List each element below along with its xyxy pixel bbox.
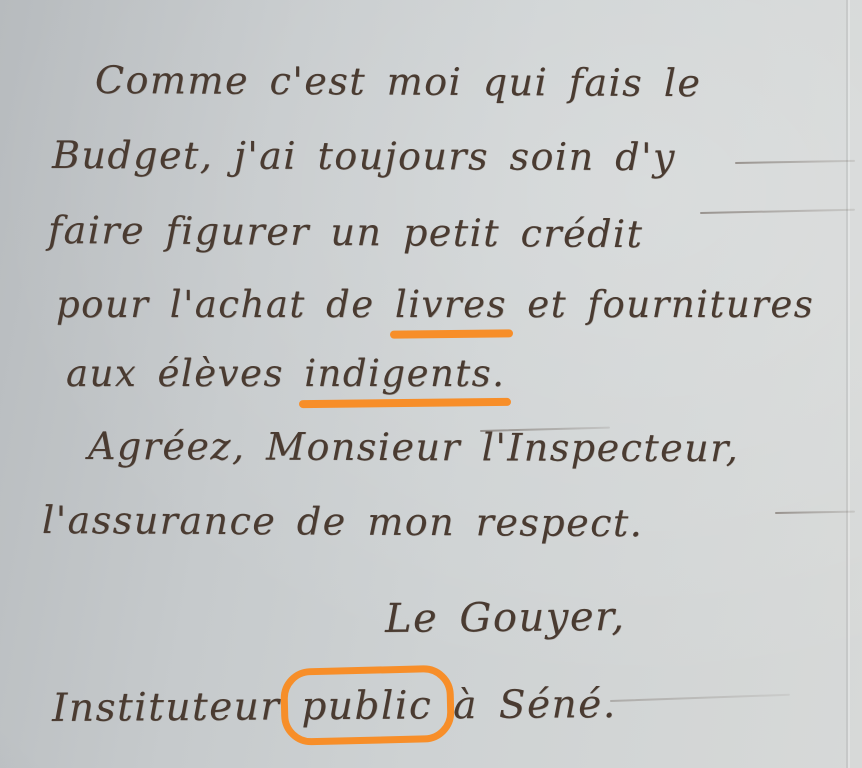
handwriting-line-1: Comme c'est moi qui fais le <box>95 58 702 105</box>
line-4-text-pre: pour l'achat de <box>56 283 395 326</box>
pen-flourish <box>610 694 790 702</box>
line-9-text-pre: Instituteur <box>52 684 302 731</box>
handwriting-line-4: pour l'achat de livres et fournitures <box>56 283 814 326</box>
pen-flourish <box>735 160 855 164</box>
letter-photo: Comme c'est moi qui fais le Budget, j'ai… <box>0 0 862 768</box>
handwriting-line-9: Instituteur public à Séné. <box>52 682 617 731</box>
word-livres-underlined: livres <box>395 283 507 326</box>
line-7-text: l'assurance de mon respect. <box>42 498 644 545</box>
handwriting-line-6: Agréez, Monsieur l'Inspecteur, <box>88 424 739 470</box>
handwriting-line-7: l'assurance de mon respect. <box>42 498 644 545</box>
line-9-text-post: à Séné. <box>432 682 617 728</box>
pen-flourish <box>700 209 855 214</box>
line-4-text-post: et fournitures <box>507 283 814 326</box>
word-indigents-underlined: indigents. <box>304 352 505 395</box>
line-6-text: Agréez, Monsieur l'Inspecteur, <box>88 424 739 470</box>
line-1-text: Comme c'est moi qui fais le <box>95 58 702 105</box>
handwriting-line-5: aux élèves indigents. <box>66 352 505 395</box>
signature-text: Le Gouyer, <box>385 594 626 642</box>
line-3-text: faire figurer un petit crédit <box>48 208 644 256</box>
handwriting-line-3: faire figurer un petit crédit <box>48 208 644 256</box>
word-public-circled: public <box>301 683 432 729</box>
handwriting-line-2: Budget, j'ai toujours soin d'y <box>52 133 676 179</box>
line-2-text: Budget, j'ai toujours soin d'y <box>52 133 676 179</box>
pen-flourish <box>775 511 855 514</box>
paper-edge-line <box>846 0 848 768</box>
signature-line: Le Gouyer, <box>385 594 626 642</box>
line-5-text-pre: aux élèves <box>66 352 304 395</box>
